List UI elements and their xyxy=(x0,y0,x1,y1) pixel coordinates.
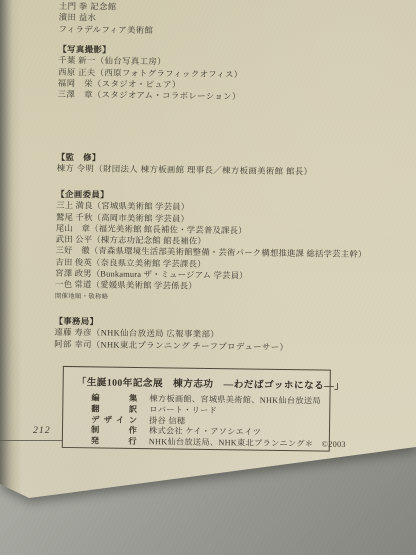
colophon-row: 発 行NHK仙台放送局、NHK東北プランニング＊ ©2003 xyxy=(91,437,329,451)
colophon-value: ロバート・リード xyxy=(149,405,217,415)
lender-line: 濱田 益水 xyxy=(59,12,154,25)
section-secretariat: 【事務局】 遠藤 寿彦（NHK仙台放送局 広報事業部）阿部 幸司（NHK東北プラ… xyxy=(54,316,289,353)
colophon-value: 株式会社 ケイ・アソシエイツ xyxy=(149,427,261,438)
credit-line: 棟方 令明（財団法人 棟方板画館 理事長／棟方板画美術館 館長） xyxy=(57,163,313,178)
colophon-rows: 編 集棟方板画館、宮城県美術館、NHK仙台放送局翻 訳ロバート・リードデザイン掛… xyxy=(91,393,330,450)
secretariat-lines: 遠藤 寿彦（NHK仙台放送局 広報事業部）阿部 幸司（NHK東北プランニング チ… xyxy=(54,327,288,353)
section-photography: 【写真撮影】 千葉 新一（仙台写真工房）西原 正夫（西原フォトグラフィックオフィ… xyxy=(58,44,243,103)
photography-lines: 千葉 新一（仙台写真工房）西原 正夫（西原フォトグラフィックオフィス）福岡 栄（… xyxy=(58,55,243,103)
colophon-value: 掛谷 信穂 xyxy=(149,416,185,426)
colophon-label: 発 行 xyxy=(91,437,137,448)
scanned-book-photo: 土門 拳 記念館濱田 益水フィラデルフィア美術館 【写真撮影】 千葉 新一（仙台… xyxy=(0,0,416,555)
credit-line: 三澤 章（スタジオアム・コラボレーション） xyxy=(58,89,243,103)
credit-line: 阿部 幸司（NHK東北プランニング チーフプロデューサー） xyxy=(54,338,288,353)
colophon-value: 棟方板画館、宮城県美術館、NHK仙台放送局 xyxy=(149,394,321,405)
section-planning-committee: 【企画委員】 三上 満良（宮城県美術館 学芸員）鷲尾 千秋（高岡市美術館 学芸員… xyxy=(55,189,368,304)
page-number: 212 xyxy=(33,425,51,436)
section-supervision: 【監 修】 棟方 令明（財団法人 棟方板画館 理事長／棟方板画美術館 館長） xyxy=(57,152,313,178)
colophon-box: 「生誕100年記念展 棟方志功 ―わだばゴッホになる―」 編 集棟方板画館、宮城… xyxy=(62,366,331,452)
planning-committee-lines: 三上 満良（宮城県美術館 学芸員）鷲尾 千秋（高岡市美術館 学芸員）尾山 章（福… xyxy=(55,200,367,295)
lender-line: フィラデルフィア美術館 xyxy=(59,23,154,36)
page-content: 土門 拳 記念館濱田 益水フィラデルフィア美術館 【写真撮影】 千葉 新一（仙台… xyxy=(0,0,416,555)
colophon-label: 編 集 xyxy=(91,393,137,404)
colophon-label: 翻 訳 xyxy=(91,404,137,415)
colophon-title: 「生誕100年記念展 棟方志功 ―わだばゴッホになる―」 xyxy=(77,374,330,392)
supervision-lines: 棟方 令明（財団法人 棟方板画館 理事長／棟方板画美術館 館長） xyxy=(57,163,313,178)
colophon-value: NHK仙台放送局、NHK東北プランニング＊ ©2003 xyxy=(149,437,346,449)
lenders-continued: 土門 拳 記念館濱田 益水フィラデルフィア美術館 xyxy=(59,1,154,36)
page-number-rule xyxy=(0,440,63,441)
